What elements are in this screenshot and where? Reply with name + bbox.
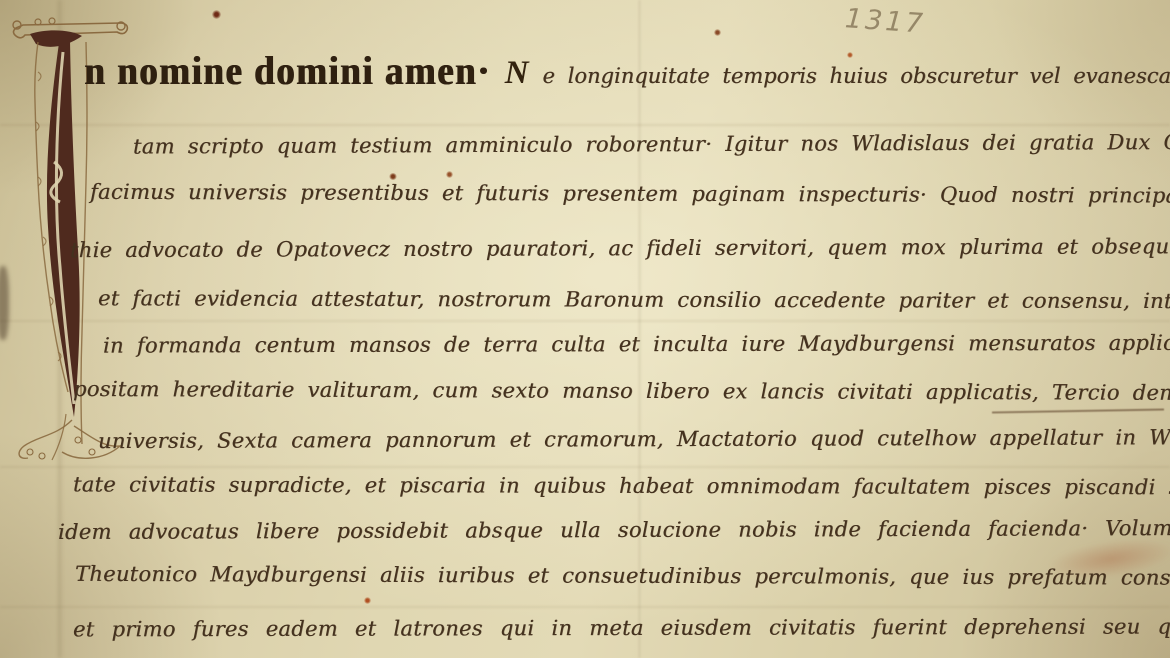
horizontal-crease xyxy=(0,466,1170,468)
year-annotation: 1317 xyxy=(844,3,927,40)
manuscript-line: thie advocato de Opatovecz nostro paurat… xyxy=(70,231,1170,265)
manuscript-line: positam hereditarie valituram, cum sexto… xyxy=(73,374,1170,408)
manuscript-line: in formanda centum mansos de terra culta… xyxy=(103,327,1170,360)
horizontal-crease xyxy=(0,606,1170,608)
ink-spot xyxy=(364,597,371,604)
ink-spot xyxy=(212,10,221,19)
manuscript-line: universis, Sexta camera pannorum et cram… xyxy=(98,422,1170,456)
opening-textura: n nomine domini amen· xyxy=(84,48,491,94)
ink-spot xyxy=(446,171,453,178)
horizontal-crease xyxy=(0,320,1170,322)
manuscript-line: Theutonico Maydburgensi aliis iuribus et… xyxy=(75,559,1170,593)
manuscript-line: et primo fures eadem et latrones qui in … xyxy=(73,612,1170,645)
manuscript-line: idem advocatus libere possidebit absque … xyxy=(58,513,1170,547)
manuscript-line-1: n nomine domini amen· N e longinquitate … xyxy=(84,50,1170,93)
manuscript-line: facimus universis presentibus et futuris… xyxy=(90,177,1170,211)
manuscript-line: tam scripto quam testium amminiculo robo… xyxy=(133,126,1170,161)
manuscript-line: tate civitatis supradicte, et piscaria i… xyxy=(73,469,1170,502)
manuscript-line: et facti evidencia attestatur, nostrorum… xyxy=(98,283,1170,316)
parchment-charter-photo: 1317 xyxy=(0,0,1170,658)
ink-spot xyxy=(714,29,721,36)
capital-N: N xyxy=(505,55,529,92)
underline-mark xyxy=(992,408,1164,413)
horizontal-crease xyxy=(0,124,1170,126)
line1-cursive: e longinquitate temporis huius obscuretu… xyxy=(543,64,1170,88)
